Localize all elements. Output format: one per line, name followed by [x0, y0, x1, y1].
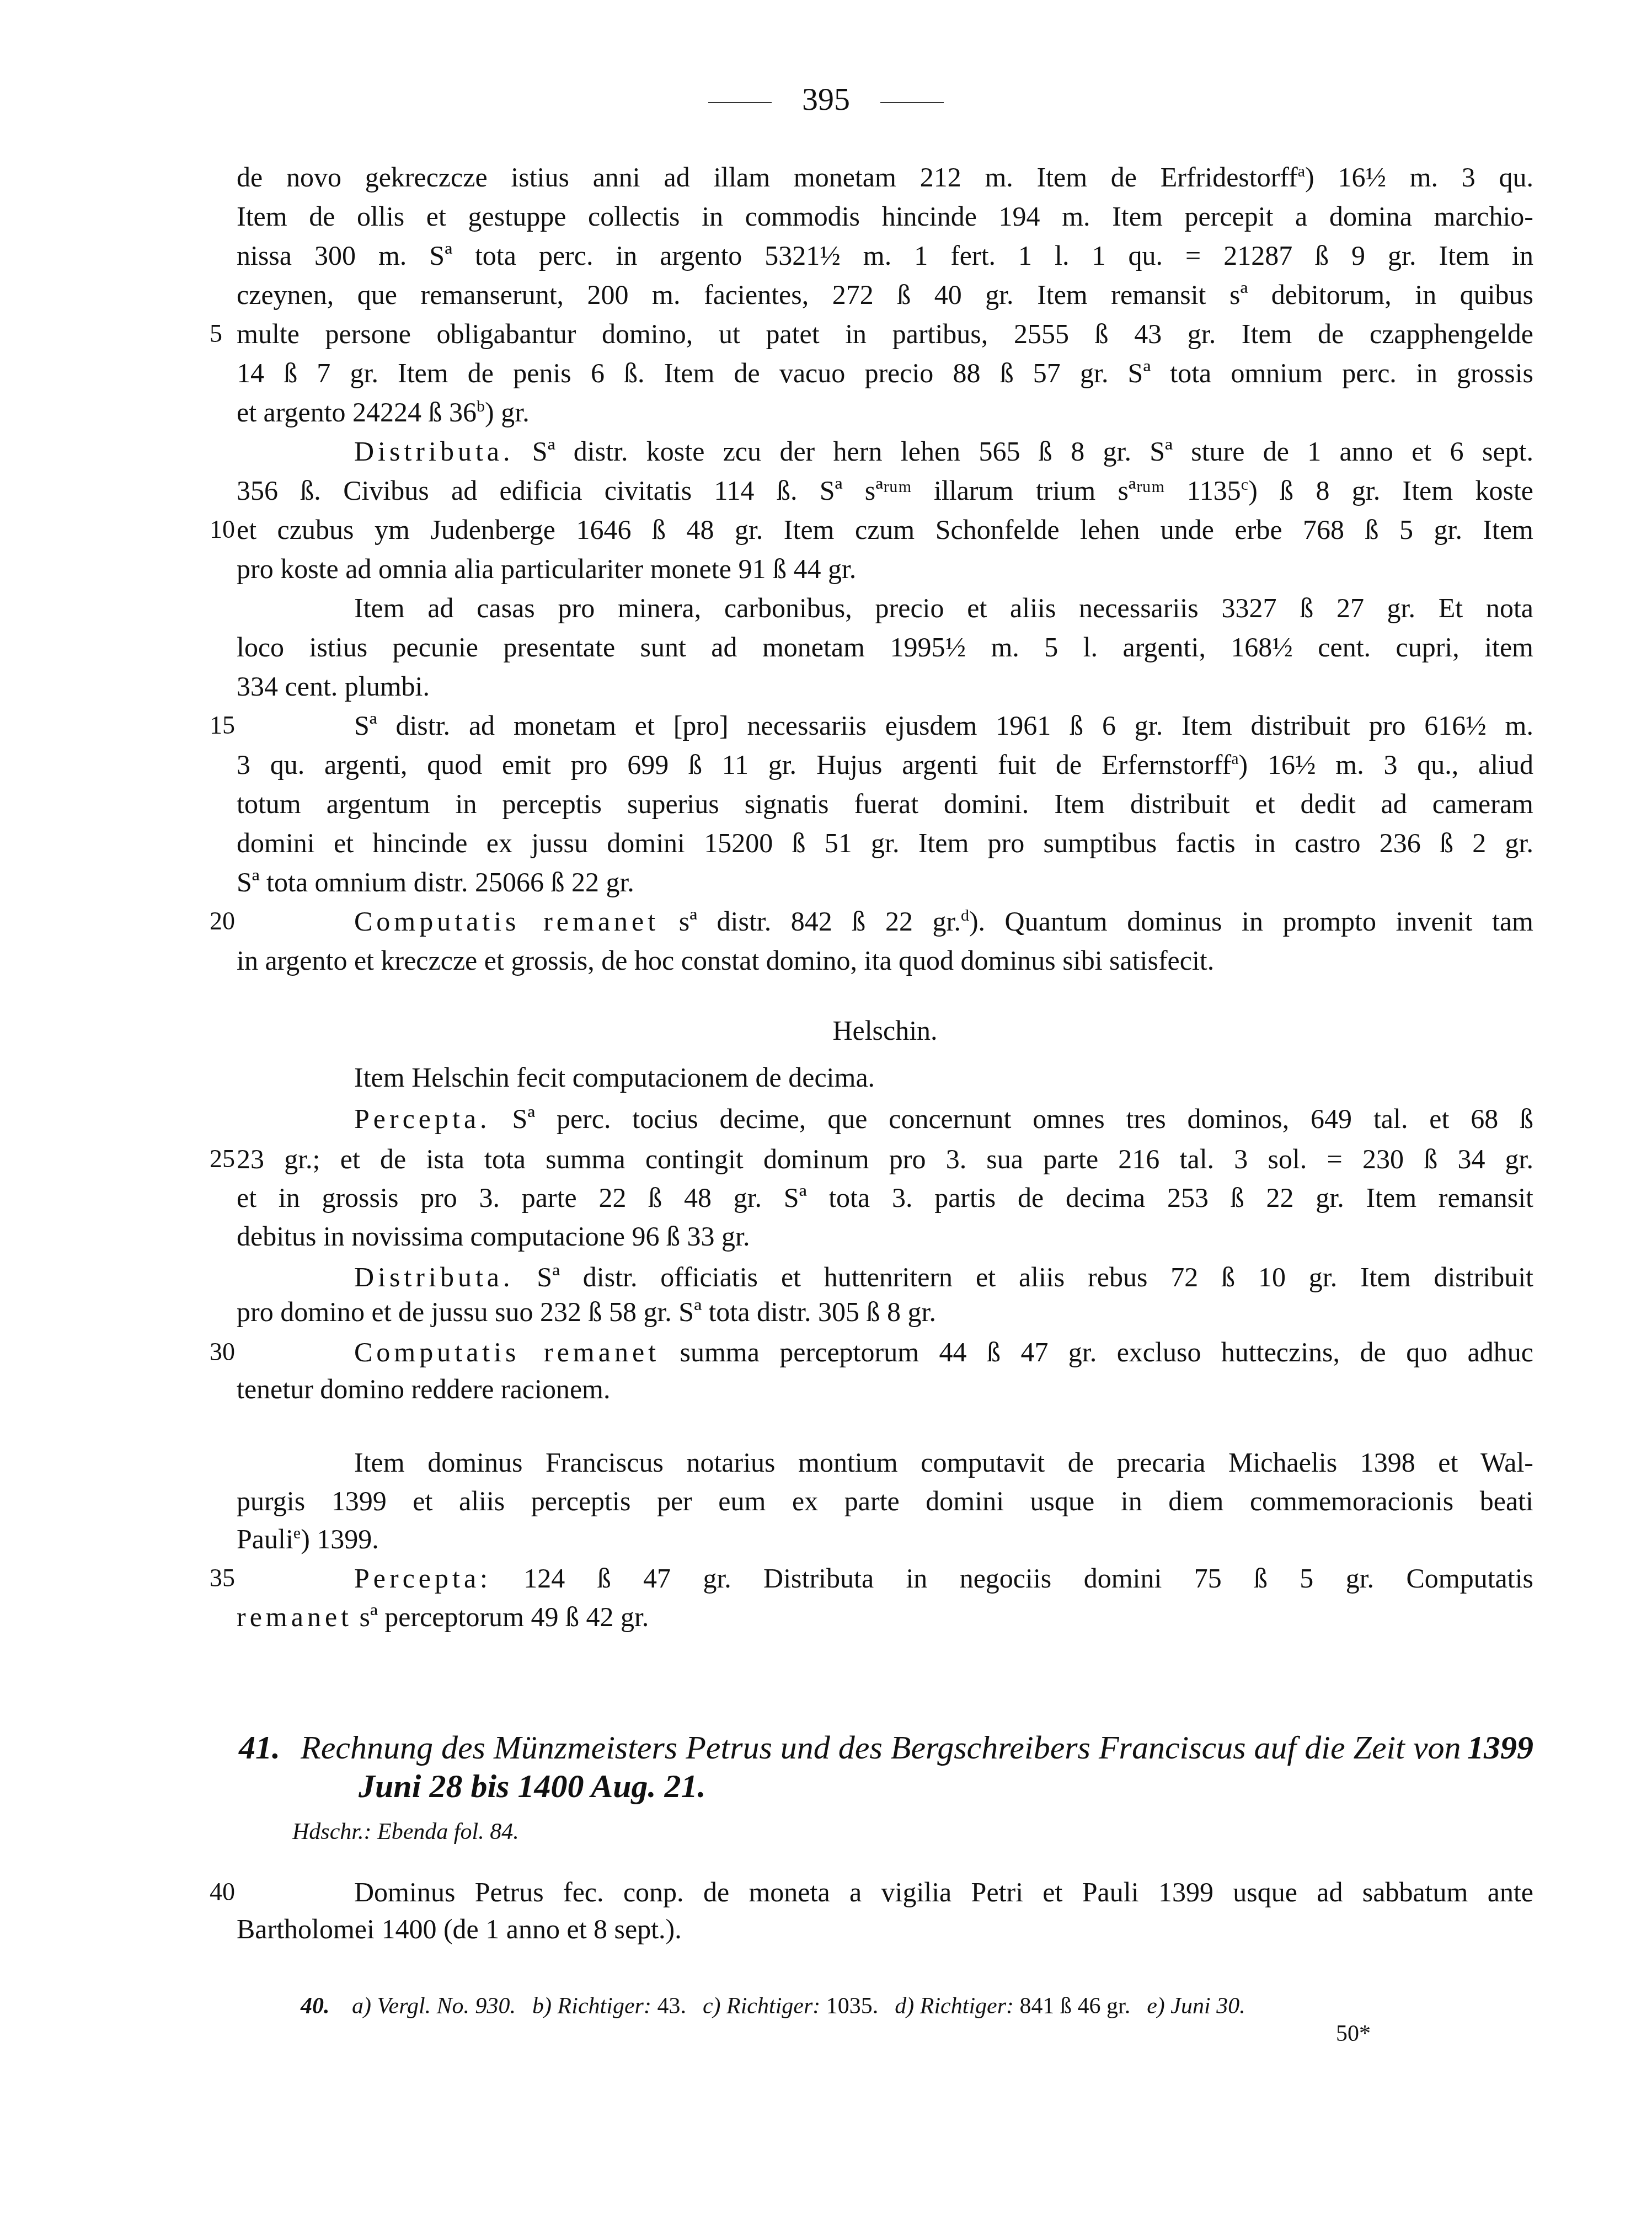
- footnotes: 40. a) Vergl. No. 930.b) Richtiger: 43.c…: [301, 1992, 1470, 2020]
- page-number-header: 395: [0, 83, 1652, 116]
- text-line: Item dominus Franciscus notarius montium…: [354, 1446, 1533, 1479]
- text-line: de novo gekreczcze istius anni ad illam …: [237, 161, 1533, 194]
- footnote-marker: c: [1241, 475, 1248, 494]
- text-line: et in grossis pro 3. parte 22 ß 48 gr. S…: [237, 1181, 1533, 1214]
- footnote-item: b) Richtiger: 43.: [532, 1993, 686, 2019]
- text-line: Percepta: 124 ß 47 gr. Distributa in neg…: [354, 1562, 1533, 1595]
- text-line: loco istius pecunie presentate sunt ad m…: [237, 630, 1533, 664]
- line-number: 40: [210, 1875, 235, 1909]
- spaced-label: Percepta.: [354, 1103, 491, 1134]
- spaced-label: remanet: [237, 1601, 352, 1632]
- page-number: 395: [802, 81, 850, 117]
- text-line: 14 ß 7 gr. Item de penis 6 ß. Item de va…: [237, 356, 1533, 389]
- footnote-item: d) Richtiger: 841 ß 46 gr.: [895, 1993, 1130, 2019]
- text-line: nissa 300 m. Sª tota perc. in argento 53…: [237, 239, 1533, 272]
- text-line: Computatis remanet sª distr. 842 ß 22 gr…: [354, 905, 1533, 938]
- document-title-41-line2: Juni 28 bis 1400 Aug. 21.: [359, 1767, 706, 1805]
- text-line: Bartholomei 1400 (de 1 anno et 8 sept.).: [237, 1912, 1533, 1945]
- text-line: domini et hincinde ex jussu domini 15200…: [237, 826, 1533, 859]
- footnote-marker: e: [293, 1524, 301, 1542]
- title-text-line1: Rechnung des Münzmeisters Petrus und des…: [301, 1729, 1461, 1766]
- spaced-label: Computatis remanet: [354, 1337, 660, 1367]
- line-number: 10: [210, 513, 235, 546]
- footnote-marker: a: [1231, 750, 1238, 768]
- title-text-line2: Juni 28 bis 1400 Aug. 21.: [359, 1768, 706, 1804]
- manuscript-source: Hdschr.: Ebenda fol. 84.: [292, 1818, 519, 1846]
- text-line: multe persone obligabantur domino, ut pa…: [237, 317, 1533, 350]
- rule-right: [880, 102, 944, 103]
- footnote-marker: b: [477, 397, 485, 415]
- footnote-item: a) Vergl. No. 930.: [352, 1993, 516, 2019]
- text-line: debitus in novissima computacione 96 ß 3…: [237, 1220, 1533, 1253]
- line-number: 5: [210, 317, 222, 350]
- text-line: Item ad casas pro minera, carbonibus, pr…: [354, 591, 1533, 624]
- text-line: Distributa. Sª distr. officiatis et hutt…: [354, 1260, 1533, 1293]
- line-number: 15: [210, 709, 235, 742]
- text-line: 3 qu. argenti, quod emit pro 699 ß 11 gr…: [237, 748, 1533, 781]
- spaced-label: Computatis remanet: [354, 906, 659, 937]
- footnote-item: c) Richtiger: 1035.: [703, 1993, 878, 2019]
- text-line: Sª tota omnium distr. 25066 ß 22 gr.: [237, 865, 1533, 899]
- footnote-marker: a: [1298, 162, 1305, 180]
- text-line: et argento 24224 ß 36b) gr.: [237, 395, 1533, 429]
- document-title-41: 41. Rechnung des Münzmeisters Petrus und…: [239, 1728, 1533, 1767]
- text-line: 23 gr.; et de ista tota summa contingit …: [237, 1142, 1533, 1175]
- text-line: pro koste ad omnia alia particulariter m…: [237, 552, 1533, 585]
- text-line: Sª distr. ad monetam et [pro] necessarii…: [354, 709, 1533, 742]
- title-year: 1399: [1467, 1728, 1533, 1767]
- text-line: totum argentum in perceptis superius sig…: [237, 787, 1533, 820]
- text-line: 334 cent. plumbi.: [237, 670, 1533, 703]
- section-heading-helschin: Helschin.: [237, 1014, 1533, 1047]
- line-number: 35: [210, 1562, 235, 1595]
- spaced-label: Distributa.: [354, 1262, 514, 1292]
- printer-signature: 50*: [1336, 2020, 1371, 2048]
- text-line: 356 ß. Civibus ad edificia civitatis 114…: [237, 474, 1533, 507]
- spaced-label: Distributa.: [354, 436, 514, 467]
- text-line: Computatis remanet summa perceptorum 44 …: [354, 1335, 1533, 1369]
- footnote-marker: d: [961, 906, 969, 924]
- line-number: 20: [210, 905, 235, 938]
- text-line: czeynen, que remanserunt, 200 m. facient…: [237, 278, 1533, 311]
- text-line: remanet sª perceptorum 49 ß 42 gr.: [237, 1600, 1533, 1633]
- text-line: tenetur domino reddere racionem.: [237, 1372, 1533, 1405]
- rule-left: [708, 102, 772, 103]
- document-number: 41.: [239, 1729, 280, 1766]
- text-line: Dominus Petrus fec. conp. de moneta a vi…: [354, 1875, 1533, 1909]
- text-line: et czubus ym Judenberge 1646 ß 48 gr. It…: [237, 513, 1533, 546]
- footnote-items: a) Vergl. No. 930.b) Richtiger: 43.c) Ri…: [335, 1993, 1245, 2019]
- text-line: pro domino et de jussu suo 232 ß 58 gr. …: [237, 1295, 1533, 1328]
- text-line: Percepta. Sª perc. tocius decime, que co…: [354, 1102, 1533, 1135]
- spaced-label: Percepta:: [354, 1563, 491, 1594]
- line-number: 30: [210, 1335, 235, 1369]
- text-line: Distributa. Sª distr. koste zcu der hern…: [354, 435, 1533, 468]
- text-line: Item Helschin fecit computacionem de dec…: [354, 1061, 1533, 1094]
- text-line: Item de ollis et gestuppe collectis in c…: [237, 200, 1533, 233]
- text-line: in argento et kreczcze et grossis, de ho…: [237, 944, 1533, 977]
- footnote-ref: 40.: [301, 1993, 330, 2019]
- text-line: Paulie) 1399.: [237, 1522, 1533, 1556]
- footnote-item: e) Juni 30.: [1147, 1993, 1245, 2019]
- text-line: purgis 1399 et aliis perceptis per eum e…: [237, 1484, 1533, 1517]
- line-number: 25: [210, 1142, 235, 1175]
